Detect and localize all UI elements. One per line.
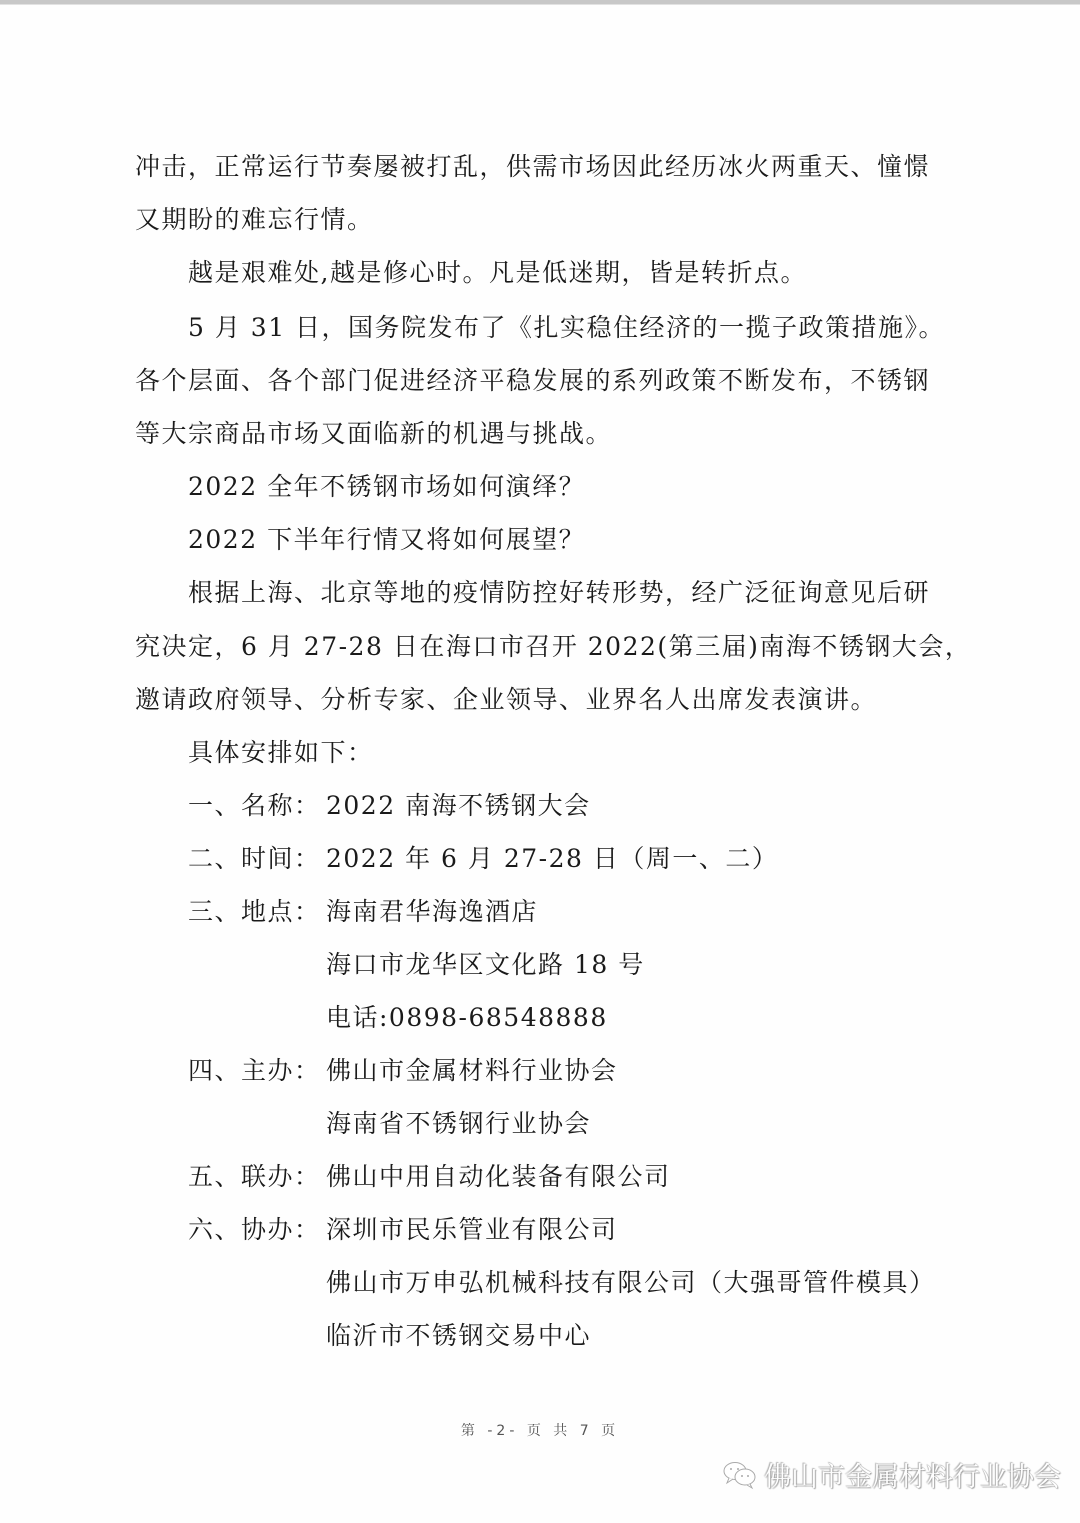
arrangement-value: 深圳市民乐管业有限公司 <box>326 1215 618 1245</box>
arrangement-value: 海口市龙华区文化路 18 号 <box>326 950 645 980</box>
question-line: 2022 下半年行情又将如何展望？ <box>188 525 585 555</box>
arrangement-label-venue: 三、地点： <box>188 897 321 927</box>
arrangement-value: 海南君华海逸酒店 <box>326 897 538 927</box>
watermark-text: 佛山市金属材料行业协会 <box>764 1455 1061 1494</box>
arrangement-label-co-organizer: 五、联办： <box>188 1162 321 1192</box>
top-border <box>0 0 1080 5</box>
arrangement-value: 2022 年 6 月 27-28 日（周一、二） <box>326 844 778 874</box>
arrangement-value: 佛山市金属材料行业协会 <box>326 1056 618 1086</box>
question-line: 2022 全年不锈钢市场如何演绎？ <box>188 472 585 502</box>
paragraph-line: 越是艰难处,越是修心时。凡是低迷期，皆是转折点。 <box>188 258 807 288</box>
paragraph-line: 各个层面、各个部门促进经济平稳发展的系列政策不断发布，不锈钢 <box>135 366 930 396</box>
arrangement-label-host: 四、主办： <box>188 1056 321 1086</box>
arrangement-value-phone: 电话:0898-68548888 <box>326 1003 608 1033</box>
arrangement-label-time: 二、时间： <box>188 844 321 874</box>
arrangement-value: 佛山市万申弘机械科技有限公司（大强哥管件模具） <box>326 1268 936 1298</box>
arrangement-label-assist: 六、协办： <box>188 1215 321 1245</box>
paragraph-line: 又期盼的难忘行情。 <box>135 205 374 235</box>
wechat-icon <box>722 1460 758 1490</box>
paragraph-line: 究决定，6 月 27-28 日在海口市召开 2022(第三届)南海不锈钢大会， <box>135 632 971 662</box>
arrangement-value: 海南省不锈钢行业协会 <box>326 1109 591 1139</box>
paragraph-line: 等大宗商品市场又面临新的机遇与挑战。 <box>135 419 612 449</box>
watermark: 佛山市金属材料行业协会 <box>722 1455 1061 1494</box>
arrangement-value: 2022 南海不锈钢大会 <box>326 791 591 821</box>
paragraph-line: 邀请政府领导、分析专家、企业领导、业界名人出席发表演讲。 <box>135 685 877 715</box>
paragraph-line: 冲击，正常运行节奏屡被打乱，供需市场因此经历冰火两重天、憧憬 <box>135 152 930 182</box>
arrangement-heading: 具体安排如下： <box>188 738 374 768</box>
page-indicator: 第 -2- 页 共 7 页 <box>0 1420 1080 1440</box>
paragraph-line: 5 月 31 日，国务院发布了《扎实稳住经济的一揽子政策措施》。 <box>188 313 945 343</box>
arrangement-value: 临沂市不锈钢交易中心 <box>326 1321 591 1351</box>
arrangement-value: 佛山中用自动化装备有限公司 <box>326 1162 671 1192</box>
paragraph-line: 根据上海、北京等地的疫情防控好转形势，经广泛征询意见后研 <box>188 578 930 608</box>
arrangement-label-name: 一、名称： <box>188 791 321 821</box>
